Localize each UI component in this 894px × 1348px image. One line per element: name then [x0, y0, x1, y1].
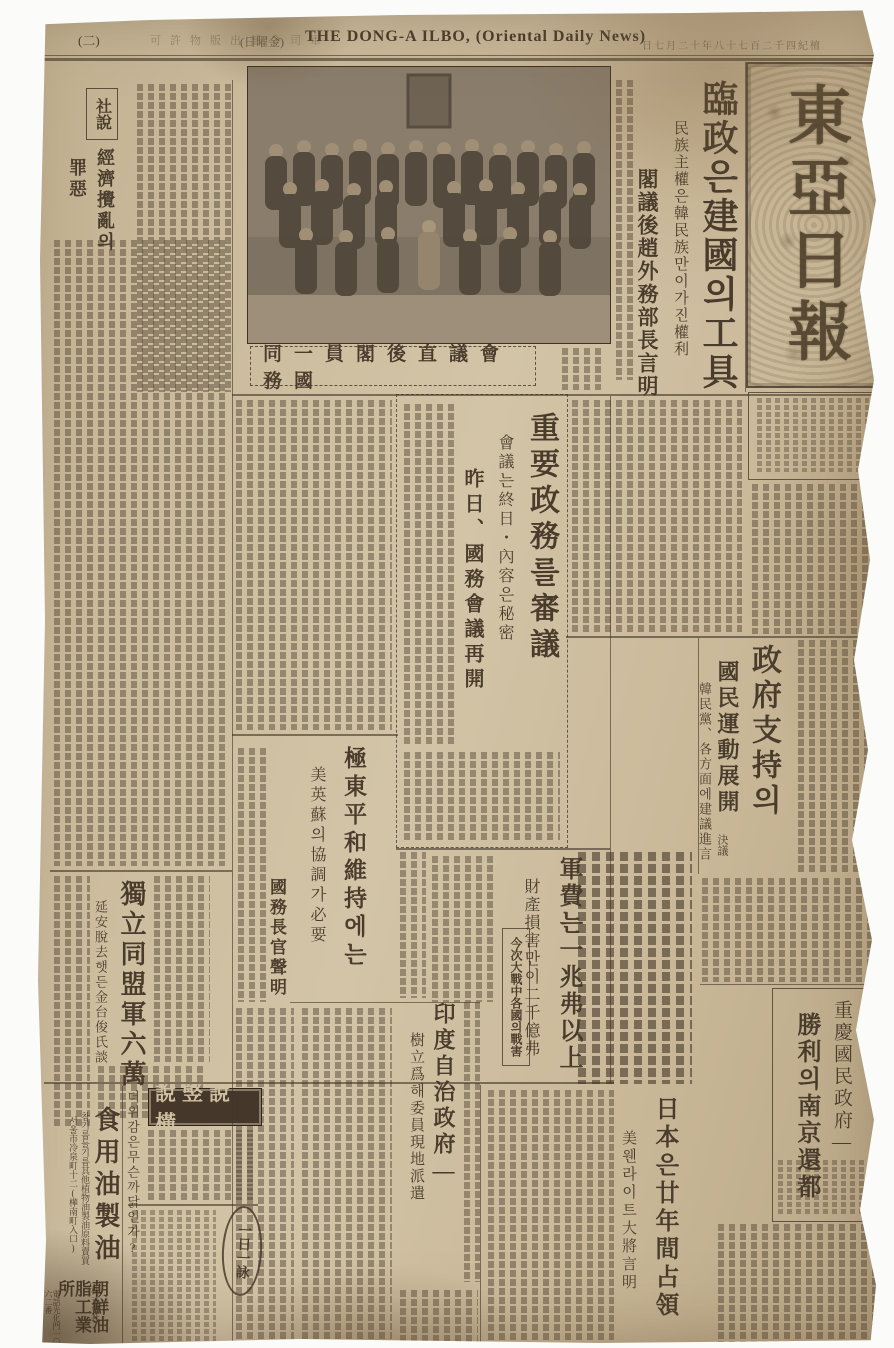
warcost-kicker-box: 今次大戰中各國의戰害	[502, 928, 530, 1066]
editorial-label: 社說	[91, 98, 114, 130]
divider	[44, 1082, 614, 1084]
column-title: 說竪說橫	[149, 1077, 261, 1137]
divider	[396, 848, 610, 850]
body-text-texture	[614, 80, 636, 380]
body-text-texture	[486, 1090, 614, 1342]
alliance-subhead: 延安脫去햇든金台俊氏談	[94, 900, 107, 1065]
japan-headline: 日本은廿年間占領	[652, 1096, 676, 1320]
scanned-newspaper-page: (二) 可許物版出部令司軍 (日曜金) THE DONG-A ILBO, (Or…	[0, 0, 894, 1348]
oil-ad-company-name: 朝鮮油脂工業所	[56, 1280, 107, 1348]
publication-info-box	[748, 392, 878, 480]
body-text-texture	[398, 852, 426, 998]
cabinet-subhead-1: 會議는終日・內容은秘密	[496, 434, 512, 643]
weekday-label: (日曜金)	[240, 33, 284, 50]
alliance-headline: 獨立同盟軍六萬	[118, 880, 144, 1090]
india-subhead: 樹立爲해委員現地派遣	[408, 1032, 423, 1202]
body-text-texture	[130, 1210, 216, 1342]
divider	[50, 870, 232, 872]
support-headline-2: 國民運動展開	[716, 660, 738, 816]
divider	[566, 636, 884, 638]
oil-ad-phone: 電話光化門一〇六二番	[44, 1290, 60, 1348]
divider	[745, 62, 746, 392]
body-text-texture	[402, 404, 458, 744]
body-text-texture	[52, 876, 90, 1126]
divider	[128, 1204, 258, 1206]
lead-headline: 臨政은建國의工具	[700, 80, 736, 392]
divider	[700, 984, 884, 985]
masthead-english-title: THE DONG-A ILBO, (Oriental Daily News)	[305, 28, 646, 46]
newsprint-paper: (二) 可許物版出部令司軍 (日曜金) THE DONG-A ILBO, (Or…	[0, 0, 894, 1348]
poem-corner-title: 一日一詠	[231, 1223, 254, 1280]
body-text-texture	[716, 1224, 880, 1342]
lead-subhead-1: 民族主權은韓民族만이가진權利	[672, 120, 687, 358]
divider	[610, 396, 611, 1084]
divider	[290, 1002, 480, 1003]
editorial-title-line2: 罪惡	[68, 158, 86, 200]
oil-ad-products-line: 참기름들기름其他植物油製油原料賣買	[80, 1112, 89, 1265]
body-text-texture	[52, 240, 230, 866]
oil-ad-headline: 食用油製油	[92, 1106, 118, 1266]
photo-caption-box: 同一員閣後直議會務國	[250, 346, 536, 386]
cabinet-group-photo-illustration	[248, 67, 610, 343]
divider	[232, 734, 398, 736]
body-text-texture	[755, 398, 869, 472]
body-text-texture	[234, 400, 392, 730]
body-text-texture	[576, 852, 692, 1084]
editorial-title-line1: 經濟攪亂의	[96, 148, 114, 253]
column-title-box: 說竪說橫	[148, 1088, 262, 1126]
japan-subhead: 美웬라이트大將言明	[620, 1130, 635, 1292]
photo-caption: 同一員閣後直議會務國	[251, 339, 535, 393]
body-text-texture	[570, 400, 742, 634]
divider	[232, 394, 884, 396]
body-text-texture	[146, 1130, 258, 1202]
cabinet-subhead-2: 昨日、國務會議再開	[462, 468, 482, 693]
header-rule-thick	[34, 58, 884, 61]
chungking-headline: 重慶國民政府—	[832, 1000, 851, 1156]
body-text-texture	[430, 856, 496, 1002]
divider	[698, 638, 699, 874]
body-text-texture	[402, 752, 560, 840]
oil-ad-representative: 代表尹上	[33, 1300, 41, 1332]
fareast-headline: 極東平和維持에는	[342, 746, 365, 970]
body-text-texture	[300, 1008, 392, 1343]
header-rule-thin	[34, 55, 884, 56]
body-text-texture	[776, 1160, 880, 1214]
masthead-title: 東亞日報	[768, 82, 860, 370]
oil-ad-address-line: 서울市冷泉町十二(樺南町入口)	[68, 1116, 77, 1253]
divider	[232, 80, 233, 1342]
body-text-texture	[236, 748, 266, 1002]
india-headline: 印度自治政府—	[432, 1002, 454, 1187]
fareast-subhead-2: 國務長官聲明	[268, 878, 285, 998]
editorial-label-box: 社說	[86, 88, 118, 140]
body-text-texture	[700, 878, 880, 982]
body-text-texture	[462, 1002, 480, 1282]
body-text-texture	[560, 348, 606, 390]
fareast-subhead: 美英蘇의協調가必要	[308, 766, 324, 946]
warcost-headline: 軍費는一兆弗以上	[556, 856, 580, 1072]
divider	[122, 1086, 123, 1344]
masthead-ornamental-box: 東亞日報	[746, 62, 882, 388]
lead-subhead-2: 閣議後趙外務部長言明	[636, 168, 657, 398]
support-headline: 政府支持의	[748, 644, 778, 819]
news-photo	[247, 66, 611, 344]
support-kicker: 決議	[716, 834, 727, 856]
body-text-texture	[152, 876, 210, 1062]
dangi-date-line: 日七月二十年八十七百二千四紀檀	[642, 37, 822, 52]
body-text-texture	[796, 640, 880, 872]
cabinet-headline: 重要政務를審議	[526, 412, 556, 664]
support-subhead: 韓民黨、各方面에建議進言	[698, 682, 711, 862]
body-text-texture	[750, 484, 876, 634]
divider	[480, 1085, 481, 1343]
warcost-kicker: 今次大戰中各國의戰害	[510, 937, 522, 1057]
body-text-texture	[398, 1290, 478, 1342]
page-number: (二)	[78, 30, 100, 49]
